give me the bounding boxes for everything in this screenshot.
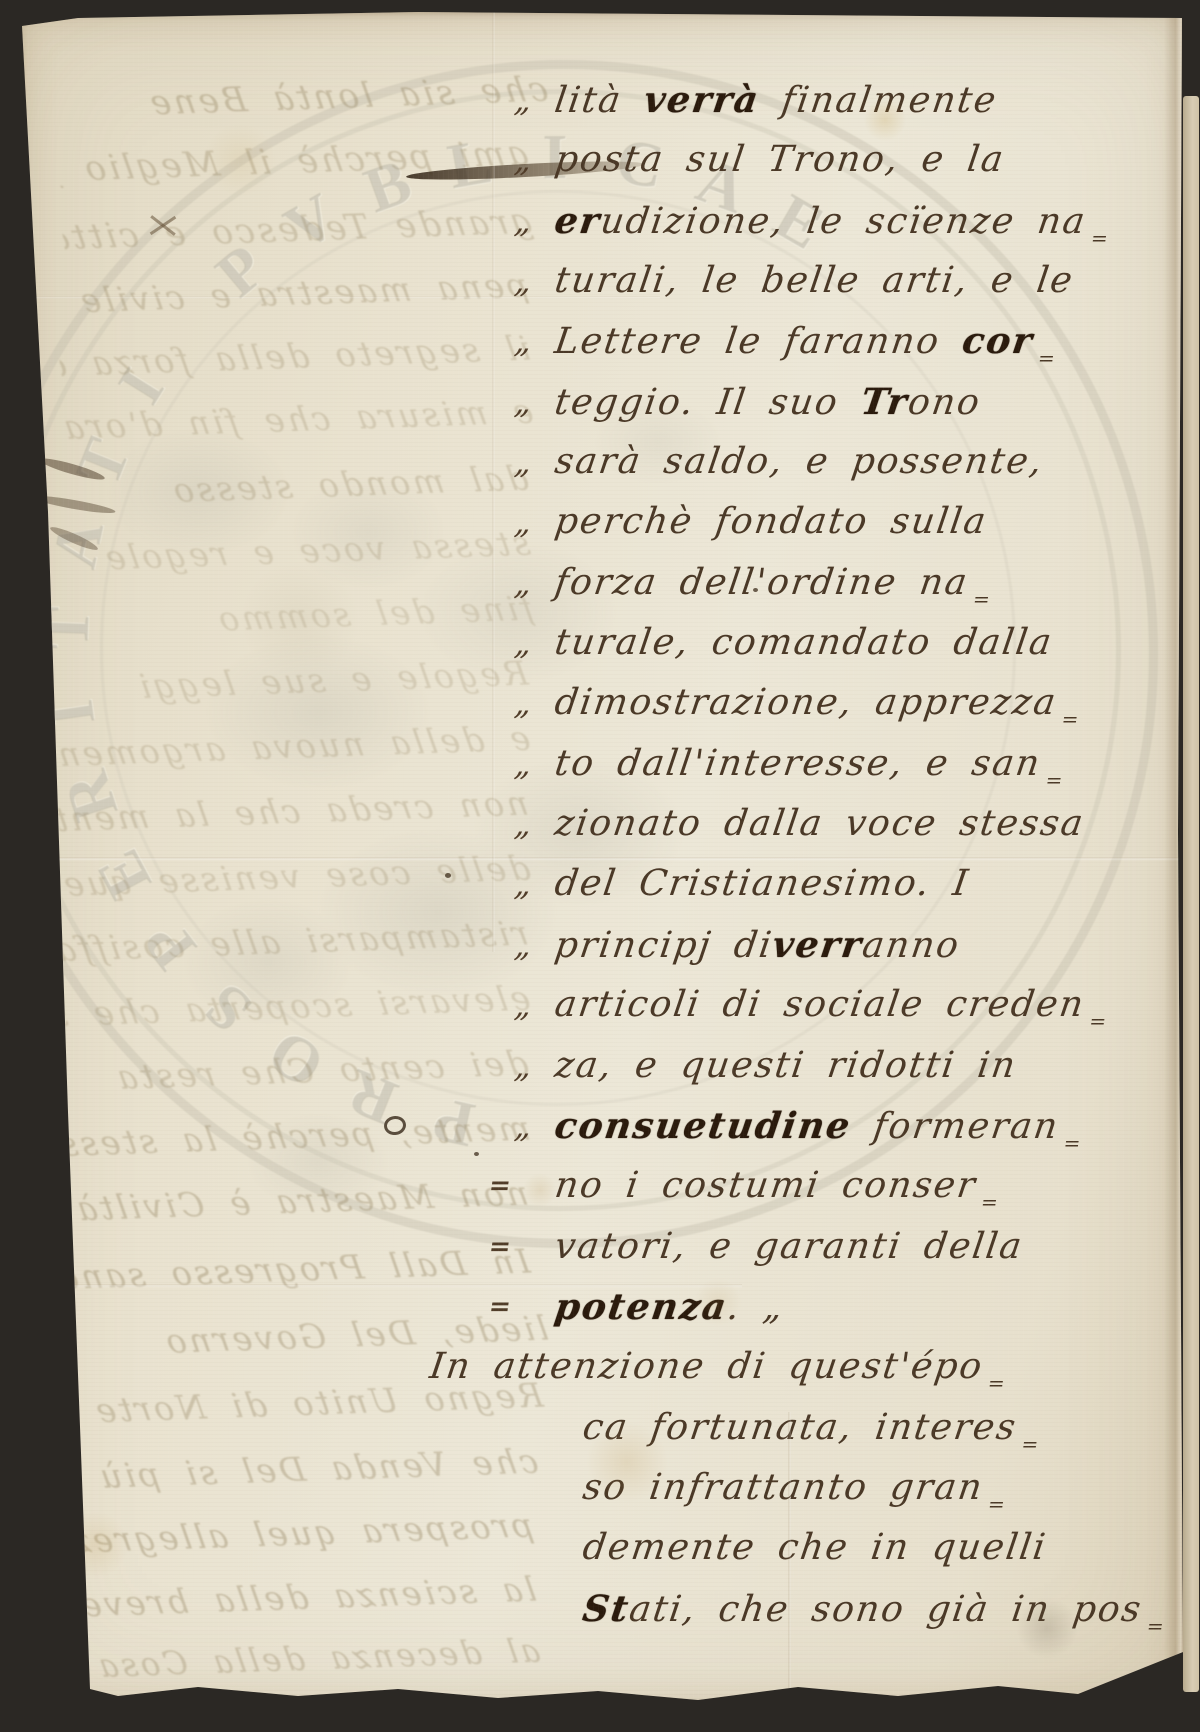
ink-smear bbox=[48, 524, 99, 553]
line-lead-quote-mark: „ bbox=[511, 854, 538, 914]
handwritten-text: ono bbox=[905, 382, 983, 423]
handwritten-text: za, e questi ridotti in bbox=[552, 1045, 1019, 1086]
line-lead-quote-mark: „ bbox=[511, 794, 538, 854]
line-lead-quote-mark: „ bbox=[511, 492, 538, 552]
manuscript-line: „posta sul Trono, e la bbox=[511, 130, 1159, 190]
handwritten-text: so infrattanto gran bbox=[580, 1467, 986, 1508]
line-lead-quote-mark: „ bbox=[511, 372, 538, 432]
manuscript-line: „za, e questi ridotti in bbox=[511, 1036, 1159, 1096]
fold-crease bbox=[492, 12, 495, 952]
line-lead-quote-mark: „ bbox=[511, 613, 538, 673]
manuscript-line: In attenzione di quest'épo= bbox=[426, 1337, 1159, 1397]
watermark-letter: R bbox=[49, 762, 134, 829]
manuscript-line: „sarà saldo, e possente, bbox=[511, 432, 1159, 492]
handwritten-text: Lettere le faranno bbox=[552, 321, 965, 362]
watermark-letter: P bbox=[427, 1082, 481, 1163]
ink-circle-mark bbox=[383, 1115, 407, 1137]
handwritten-text: teggio. Il suo bbox=[552, 382, 864, 423]
watermark-letter: B bbox=[355, 144, 420, 228]
handwritten-text: ati, che sono già in pos bbox=[627, 1589, 1145, 1630]
manuscript-line: so infrattanto gran= bbox=[511, 1458, 1159, 1518]
manuscript-line: „erudizione, le scïenze na= bbox=[511, 191, 1159, 251]
heavy-ink-word: potenza bbox=[552, 1286, 731, 1328]
handwritten-text: del Cristianesimo. I bbox=[552, 863, 972, 904]
manuscript-line: =no i costumi conser= bbox=[511, 1156, 1159, 1216]
watermark-letter: S bbox=[190, 968, 266, 1047]
line-lead-quote-mark: „ bbox=[511, 673, 538, 733]
handwritten-text: vatori, e garanti della bbox=[552, 1226, 1026, 1267]
bleedthrough-line: dei cento Che resta bbox=[55, 1044, 531, 1099]
bleedthrough-line: grande Tedesco e città bbox=[60, 202, 536, 258]
handwritten-text: turali, le belle arti, e le bbox=[552, 260, 1076, 301]
line-lead-quote-mark: „ bbox=[511, 311, 538, 371]
manuscript-line: „turali, le belle arti, e le bbox=[511, 251, 1159, 311]
bleedthrough-line: stessa voce e regole bbox=[57, 524, 533, 579]
handwritten-text: turale, comandato dalla bbox=[552, 622, 1056, 663]
bleedthrough-line: fine del sommo bbox=[60, 589, 536, 644]
manuscript-line: „perchè fondato sulla bbox=[511, 492, 1159, 552]
line-lead-quote-mark: = bbox=[485, 1217, 517, 1277]
handwritten-text: articoli di sociale creden bbox=[552, 984, 1087, 1025]
manuscript-line: „turale, comandato dalla bbox=[511, 613, 1159, 673]
watermark-letter: T bbox=[30, 605, 105, 650]
bleedthrough-line: e misura che fin d'ora bbox=[60, 392, 536, 447]
manuscript-line: =potenza. „ bbox=[511, 1277, 1159, 1337]
manuscript-line: „dimostrazione, apprezza= bbox=[511, 673, 1159, 733]
handwritten-text: dimostrazione, apprezza bbox=[552, 682, 1060, 723]
manuscript-line: „Lettere le faranno cor= bbox=[511, 311, 1159, 371]
bleedthrough-line: In Dall Progresso sano bbox=[57, 1242, 533, 1297]
heavy-ink-word: verrà bbox=[641, 79, 762, 121]
ink-smear bbox=[32, 493, 116, 516]
manuscript-line: ca fortunata, interes= bbox=[511, 1398, 1159, 1458]
heavy-ink-word: consuetudine bbox=[552, 1105, 854, 1147]
handwritten-text: anno bbox=[860, 925, 963, 966]
heavy-ink-word: er bbox=[552, 200, 604, 242]
manuscript-line: „forza dell'ordine na= bbox=[511, 553, 1159, 613]
bleedthrough-line: mente, perchè la stessa bbox=[57, 1109, 533, 1164]
watermark-letter: P bbox=[129, 907, 211, 983]
line-lead-quote-mark: = bbox=[485, 1156, 517, 1216]
bleedthrough-line: Regole e sue leggi bbox=[55, 654, 531, 709]
manuscript-line: demente che in quelli bbox=[511, 1518, 1159, 1578]
bleedthrough-line: che Venda Del si più bbox=[65, 1442, 541, 1497]
watermark-letter: R bbox=[337, 1054, 408, 1140]
hyphenation-mark: = bbox=[1143, 1596, 1170, 1656]
handwritten-text: In attenzione di quest'épo bbox=[427, 1346, 986, 1387]
watermark-letter: P bbox=[203, 230, 281, 312]
manuscript-line: „zionato dalla voce stessa bbox=[511, 794, 1159, 854]
manuscript-line: „articoli di sociale creden= bbox=[511, 975, 1159, 1035]
watermark-letter: T bbox=[60, 429, 145, 496]
manuscript-line: Stati, che sono già in pos= bbox=[511, 1579, 1159, 1639]
handwritten-text: no i costumi conser bbox=[552, 1165, 979, 1206]
bleedthrough-line: elevarsi scoperta che sia bbox=[57, 979, 533, 1034]
manuscript-line: „teggio. Il suo Trono bbox=[511, 372, 1159, 432]
handwritten-text: formeran bbox=[848, 1106, 1062, 1147]
manuscript-line: =vatori, e garanti della bbox=[511, 1217, 1159, 1277]
watermark-letter: A bbox=[37, 513, 119, 574]
heavy-ink-word: St bbox=[580, 1588, 633, 1630]
manuscript-line: „lità verrà finalmente bbox=[511, 70, 1159, 130]
handwritten-text: sarà saldo, e possente, bbox=[552, 441, 1046, 482]
line-lead-quote-mark: „ bbox=[511, 191, 538, 251]
line-lead-quote-mark: „ bbox=[511, 734, 538, 794]
handwritten-text: forza dell'ordine na bbox=[552, 562, 971, 603]
handwritten-text: posta sul Trono, e la bbox=[552, 139, 1007, 180]
ink-cross-mark bbox=[150, 216, 177, 235]
watermark-letter: E bbox=[81, 838, 166, 910]
bleedthrough-line: ami perchè il Meglio fine bbox=[55, 134, 531, 190]
handwritten-text: zionato dalla voce stessa bbox=[552, 803, 1087, 844]
ink-speck bbox=[474, 1152, 479, 1156]
manuscript-text: „lità verrà finalmente„posta sul Trono, … bbox=[515, 70, 1155, 1639]
bleedthrough-line: che sia lontà Bene bbox=[75, 70, 551, 126]
bleedthrough-line: al decenza della Cosa bbox=[67, 1632, 543, 1686]
ink-smear bbox=[38, 455, 106, 483]
underlying-page-edge bbox=[1183, 96, 1199, 1692]
ink-cross-mark bbox=[150, 215, 175, 236]
right-edge-fold bbox=[1164, 12, 1185, 1707]
handwritten-text: udizione, le scïenze na bbox=[598, 201, 1089, 242]
handwritten-text: to dall'interesse, e san bbox=[552, 743, 1044, 784]
watermark-letter: I bbox=[103, 356, 179, 416]
watermark-letter: V bbox=[272, 179, 349, 266]
bleedthrough-line: la scienza della breve bbox=[63, 1570, 539, 1625]
manuscript-line: „consuetudine formeran= bbox=[511, 1096, 1159, 1156]
watermark-letter: L bbox=[443, 124, 498, 204]
handwritten-text: principj di bbox=[552, 925, 776, 966]
line-lead-quote-mark: „ bbox=[511, 251, 538, 311]
handwritten-text: demente che in quelli bbox=[580, 1527, 1049, 1568]
scanned-document-scene: PROSPERITATIPVBLICAE che sia lontà Benea… bbox=[0, 0, 1200, 1732]
manuscript-line: „principj diverranno bbox=[511, 915, 1159, 975]
heavy-ink-word: cor bbox=[960, 320, 1037, 362]
bleedthrough-line: non Maestra è Civiltà bbox=[55, 1174, 531, 1229]
line-lead-quote-mark: „ bbox=[511, 70, 538, 130]
handwritten-text: ca fortunata, interes bbox=[580, 1407, 1020, 1448]
manuscript-line: „del Cristianesimo. I bbox=[511, 854, 1159, 914]
manuscript-line: „to dall'interesse, e san= bbox=[511, 734, 1159, 794]
watermark-letter: O bbox=[256, 1014, 337, 1103]
line-lead-quote-mark: „ bbox=[511, 1096, 538, 1156]
line-lead-quote-mark: = bbox=[485, 1277, 517, 1337]
handwritten-text: finalmente bbox=[757, 80, 1001, 121]
handwritten-text: perchè fondato sulla bbox=[552, 501, 990, 542]
bleedthrough-line: e della nuova argomen bbox=[57, 719, 533, 774]
heavy-ink-word: verr bbox=[770, 924, 866, 966]
bleedthrough-line: il segreto della forza del bbox=[57, 329, 533, 384]
watermark-letter: I bbox=[33, 695, 110, 730]
line-lead-quote-mark: „ bbox=[511, 1036, 538, 1096]
bleedthrough-line: dal mondo stesso bbox=[55, 459, 531, 514]
line-lead-quote-mark: „ bbox=[511, 915, 538, 975]
manuscript-paper: PROSPERITATIPVBLICAE che sia lontà Benea… bbox=[18, 12, 1185, 1707]
bleedthrough-line: ristamparsi alle cosiffatte bbox=[55, 914, 531, 969]
line-lead-quote-mark: „ bbox=[511, 432, 538, 492]
bleedthrough-line: pena maestra e civile col fine bbox=[55, 266, 531, 321]
line-lead-quote-mark: „ bbox=[511, 975, 538, 1035]
handwritten-text: lità bbox=[552, 80, 647, 121]
bleedthrough-line: non creda che la mente bbox=[55, 784, 531, 839]
line-lead-quote-mark: „ bbox=[511, 553, 538, 613]
heavy-ink-word: Tr bbox=[858, 381, 911, 423]
line-lead-quote-mark: „ bbox=[511, 130, 538, 190]
bleedthrough-line: delle cose venisse quelle bbox=[57, 849, 533, 904]
ink-speck bbox=[445, 873, 451, 878]
bleedthrough-line: prospera quel allegrezza bbox=[60, 1506, 536, 1561]
handwritten-text: . „ bbox=[725, 1287, 787, 1328]
